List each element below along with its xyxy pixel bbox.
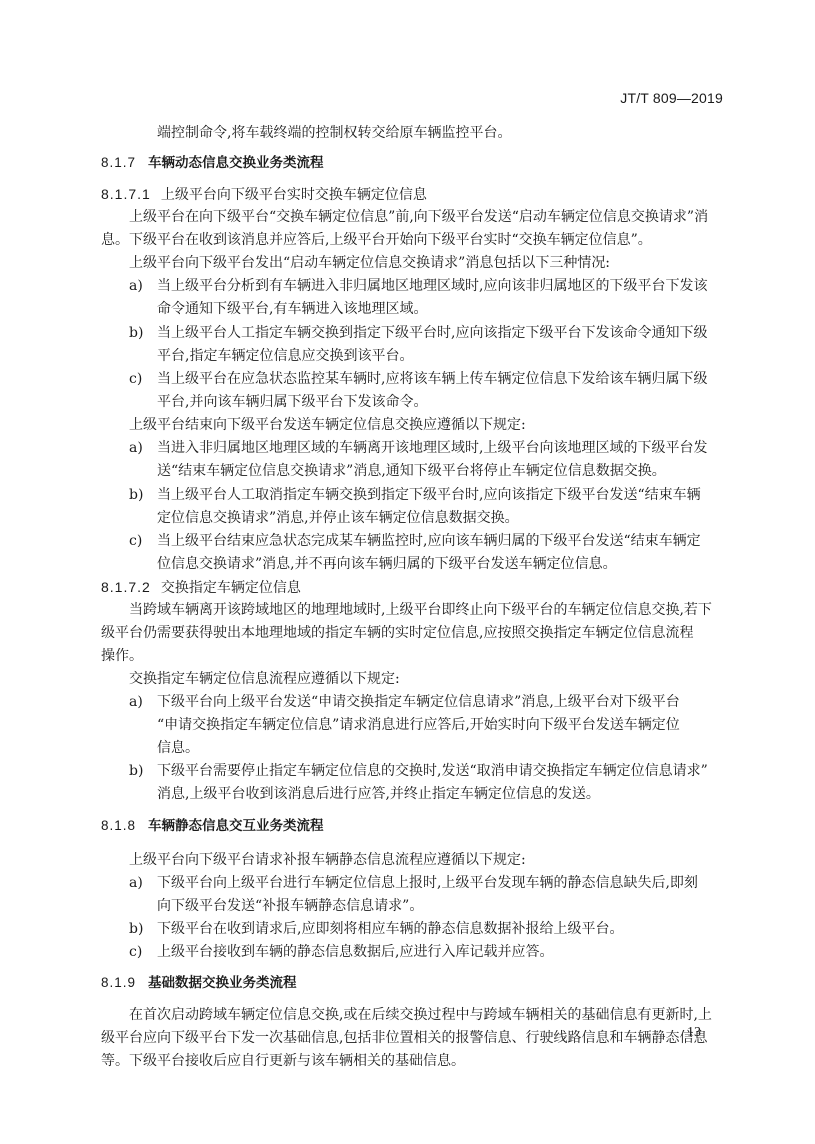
section-title: 基础数据交换业务类流程	[148, 975, 297, 991]
section-heading: 8.1.9基础数据交换业务类流程	[101, 972, 717, 994]
subsection-heading: 8.1.7.2交换指定车辆定位信息	[101, 576, 717, 599]
list-item-text: 当进入非归属地区地理区域的车辆离开该地理区域时,上级平台向该地理区域的下级平台发	[157, 440, 707, 456]
paragraph-line: 息。下级平台在收到该消息并应答后,上级平台开始向下级平台实时“交换车辆定位信息”…	[101, 229, 717, 251]
list-item-text: 下级平台在收到请求后,应即刻将相应车辆的静态信息数据补报给上级平台。	[157, 921, 623, 937]
standard-header: JT/T 809—2019	[620, 90, 723, 106]
list-marker: a)	[129, 872, 157, 894]
list-marker: a)	[129, 437, 157, 459]
list-item-text: 当上级平台结束应急状态完成某车辆监控时,应向该车辆归属的下级平台发送“结束车辆定	[157, 533, 701, 549]
list-item-continuation: “申请交换指定车辆定位信息”请求消息进行应答后,开始实时向下级平台发送车辆定位	[157, 714, 773, 736]
paragraph-line: 操作。	[101, 645, 717, 667]
list-item-continuation: 位信息交换请求”消息,并不再向该车辆归属的下级平台发送车辆定位信息。	[157, 553, 773, 575]
section-number: 8.1.7.2	[101, 579, 151, 595]
list-marker: b)	[129, 484, 157, 506]
section-title: 车辆动态信息交换业务类流程	[148, 155, 324, 171]
paragraph-line: 当跨域车辆离开该跨域地区的地理地域时,上级平台即终止向下级平台的车辆定位信息交换…	[129, 599, 745, 621]
list-marker: c)	[129, 530, 157, 552]
list-item-continuation: 端控制命令,将车载终端的控制权转交给原车辆监控平台。	[157, 122, 773, 144]
list-item-text: 当上级平台人工指定车辆交换到指定下级平台时,应向该指定下级平台下发该命令通知下级	[157, 325, 707, 341]
list-item-text: 下级平台向上级平台发送“申请交换指定车辆定位信息请求”消息,上级平台对下级平台	[157, 694, 680, 710]
list-item-continuation: 平台,指定车辆定位信息应交换到该平台。	[157, 345, 773, 367]
list-item-continuation: 消息,上级平台收到该消息后进行应答,并终止指定车辆定位信息的发送。	[157, 783, 773, 805]
subsection-heading: 8.1.7.1上级平台向下级平台实时交换车辆定位信息	[101, 183, 717, 206]
section-number: 8.1.7.1	[101, 186, 151, 202]
paragraph-line: 上级平台在向下级平台“交换车辆定位信息”前,向下级平台发送“启动车辆定位信息交换…	[129, 206, 745, 228]
list-item-continuation: 命令通知下级平台,有车辆进入该地理区域。	[157, 298, 773, 320]
section-title: 上级平台向下级平台实时交换车辆定位信息	[161, 187, 427, 203]
section-number: 8.1.7	[101, 155, 136, 170]
list-item-continuation: 向下级平台发送“补报车辆静态信息请求”。	[157, 895, 773, 917]
list-item-continuation: 送“结束车辆定位信息交换请求”消息,通知下级平台将停止车辆定位信息数据交换。	[157, 460, 773, 482]
list-item: c)上级平台接收到车辆的静态信息数据后,应进行入库记载并应答。	[129, 941, 745, 963]
paragraph-line: 级平台应向下级平台下发一次基础信息,包括非位置相关的报警信息、行驶线路信息和车辆…	[101, 1027, 717, 1049]
paragraph-line: 上级平台向下级平台请求补报车辆静态信息流程应遵循以下规定:	[129, 849, 745, 871]
section-heading: 8.1.8车辆静态信息交互业务类流程	[101, 815, 717, 837]
list-item: a)当进入非归属地区地理区域的车辆离开该地理区域时,上级平台向该地理区域的下级平…	[129, 437, 745, 459]
list-item: a)下级平台向上级平台发送“申请交换指定车辆定位信息请求”消息,上级平台对下级平…	[129, 691, 745, 713]
list-item-text: 当上级平台分析到有车辆进入非归属地区地理区域时,应向该非归属地区的下级平台下发该	[157, 278, 707, 294]
list-marker: a)	[129, 275, 157, 297]
list-marker: c)	[129, 941, 157, 963]
section-number: 8.1.8	[101, 818, 136, 833]
list-item: c)当上级平台在应急状态监控某车辆时,应将该车辆上传车辆定位信息下发给该车辆归属…	[129, 368, 745, 390]
list-item: b)当上级平台人工取消指定车辆交换到指定下级平台时,应向该指定下级平台发送“结束…	[129, 484, 745, 506]
paragraph-line: 上级平台向下级平台发出“启动车辆定位信息交换请求”消息包括以下三种情况:	[129, 252, 745, 274]
list-item-text: 下级平台需要停止指定车辆定位信息的交换时,发送“取消申请交换指定车辆定位信息请求…	[157, 763, 708, 779]
section-title: 交换指定车辆定位信息	[161, 580, 301, 596]
list-marker: b)	[129, 322, 157, 344]
list-marker: b)	[129, 918, 157, 940]
list-item: b)下级平台需要停止指定车辆定位信息的交换时,发送“取消申请交换指定车辆定位信息…	[129, 760, 745, 782]
list-item: a)当上级平台分析到有车辆进入非归属地区地理区域时,应向该非归属地区的下级平台下…	[129, 275, 745, 297]
paragraph-line: 交换指定车辆定位信息流程应遵循以下规定:	[129, 668, 745, 690]
list-item-text: 当上级平台在应急状态监控某车辆时,应将该车辆上传车辆定位信息下发给该车辆归属下级	[157, 371, 707, 387]
list-item: b)当上级平台人工指定车辆交换到指定下级平台时,应向该指定下级平台下发该命令通知…	[129, 322, 745, 344]
list-item: b)下级平台在收到请求后,应即刻将相应车辆的静态信息数据补报给上级平台。	[129, 918, 745, 940]
paragraph-line: 上级平台结束向下级平台发送车辆定位信息交换应遵循以下规定:	[129, 414, 745, 436]
paragraph-line: 级平台仍需要获得驶出本地理地域的指定车辆的实时定位信息,应按照交换指定车辆定位信…	[101, 622, 717, 644]
list-marker: c)	[129, 368, 157, 390]
list-item-continuation: 信息。	[157, 737, 773, 759]
list-item: a)下级平台向上级平台进行车辆定位信息上报时,上级平台发现车辆的静态信息缺失后,…	[129, 872, 745, 894]
section-heading: 8.1.7车辆动态信息交换业务类流程	[101, 152, 717, 174]
list-item-text: 当上级平台人工取消指定车辆交换到指定下级平台时,应向该指定下级平台发送“结束车辆	[157, 487, 701, 503]
list-item: c)当上级平台结束应急状态完成某车辆监控时,应向该车辆归属的下级平台发送“结束车…	[129, 530, 745, 552]
list-marker: b)	[129, 760, 157, 782]
paragraph-line: 等。下级平台接收后应自行更新与该车辆相关的基础信息。	[101, 1050, 717, 1072]
page-number: 13	[687, 1025, 701, 1041]
document-page: JT/T 809—2019 端控制命令,将车载终端的控制权转交给原车辆监控平台。…	[0, 0, 815, 1144]
list-item-text: 上级平台接收到车辆的静态信息数据后,应进行入库记载并应答。	[157, 944, 553, 960]
list-item-text: 下级平台向上级平台进行车辆定位信息上报时,上级平台发现车辆的静态信息缺失后,即刻	[157, 875, 698, 891]
list-marker: a)	[129, 691, 157, 713]
section-title: 车辆静态信息交互业务类流程	[148, 818, 324, 834]
section-number: 8.1.9	[101, 975, 136, 990]
list-item-continuation: 平台,并向该车辆归属下级平台下发该命令。	[157, 391, 773, 413]
list-item-continuation: 定位信息交换请求”消息,并停止该车辆定位信息数据交换。	[157, 507, 773, 529]
paragraph-line: 在首次启动跨域车辆定位信息交换,或在后续交换过程中与跨域车辆相关的基础信息有更新…	[129, 1004, 745, 1026]
